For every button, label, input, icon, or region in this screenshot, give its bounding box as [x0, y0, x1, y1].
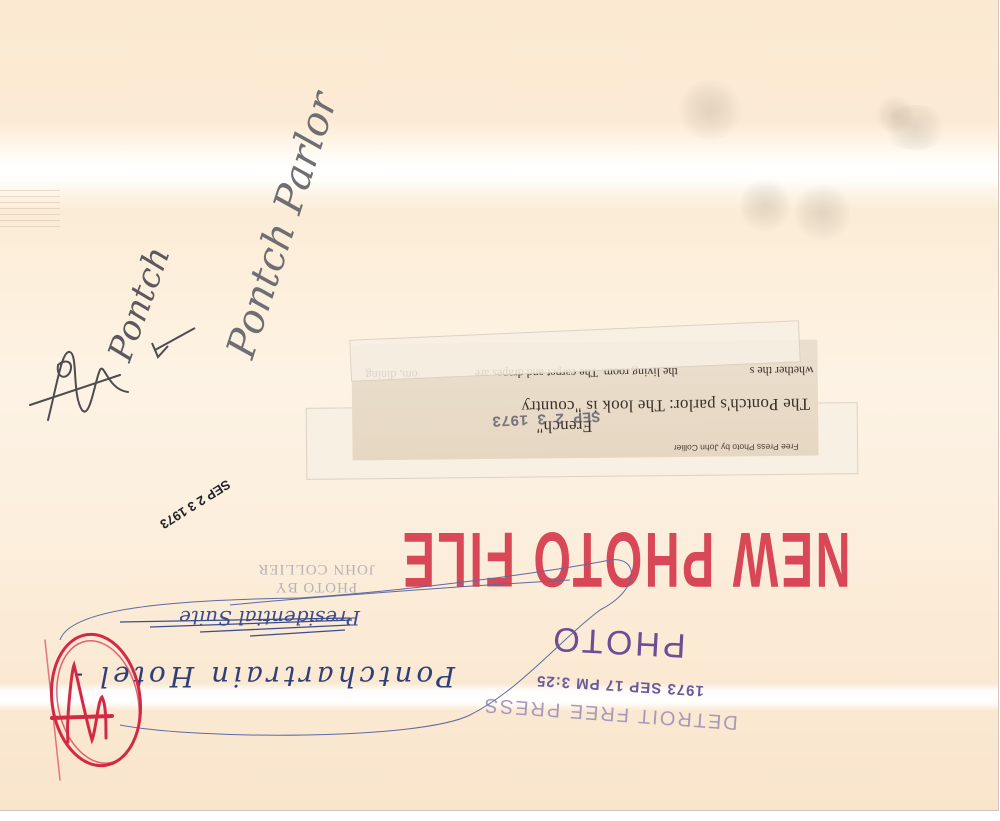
photographer-stamp: PHOTO BY JOHN COLLIER	[226, 552, 406, 596]
scan-glare-top	[0, 150, 998, 190]
photographer-line-1: PHOTO BY	[226, 578, 406, 596]
stain	[875, 95, 915, 135]
photo-credit: Free Press Photo by John Collier	[674, 442, 799, 453]
stain	[740, 175, 790, 235]
ink-struck-note: Presidential Suite	[120, 606, 360, 630]
ink-hotel-note: Pontchartrain Hotel -	[205, 660, 455, 693]
photographer-line-2: JOHN COLLIER	[226, 560, 406, 578]
stain	[675, 80, 745, 140]
new-photo-file-stamp: NEW PHOTO FILE	[607, 512, 850, 608]
photo-stamp: PHOTO	[547, 614, 689, 669]
left-edge-marks	[0, 190, 60, 230]
stain	[795, 180, 850, 245]
body-fragment: whether the s	[750, 363, 814, 379]
